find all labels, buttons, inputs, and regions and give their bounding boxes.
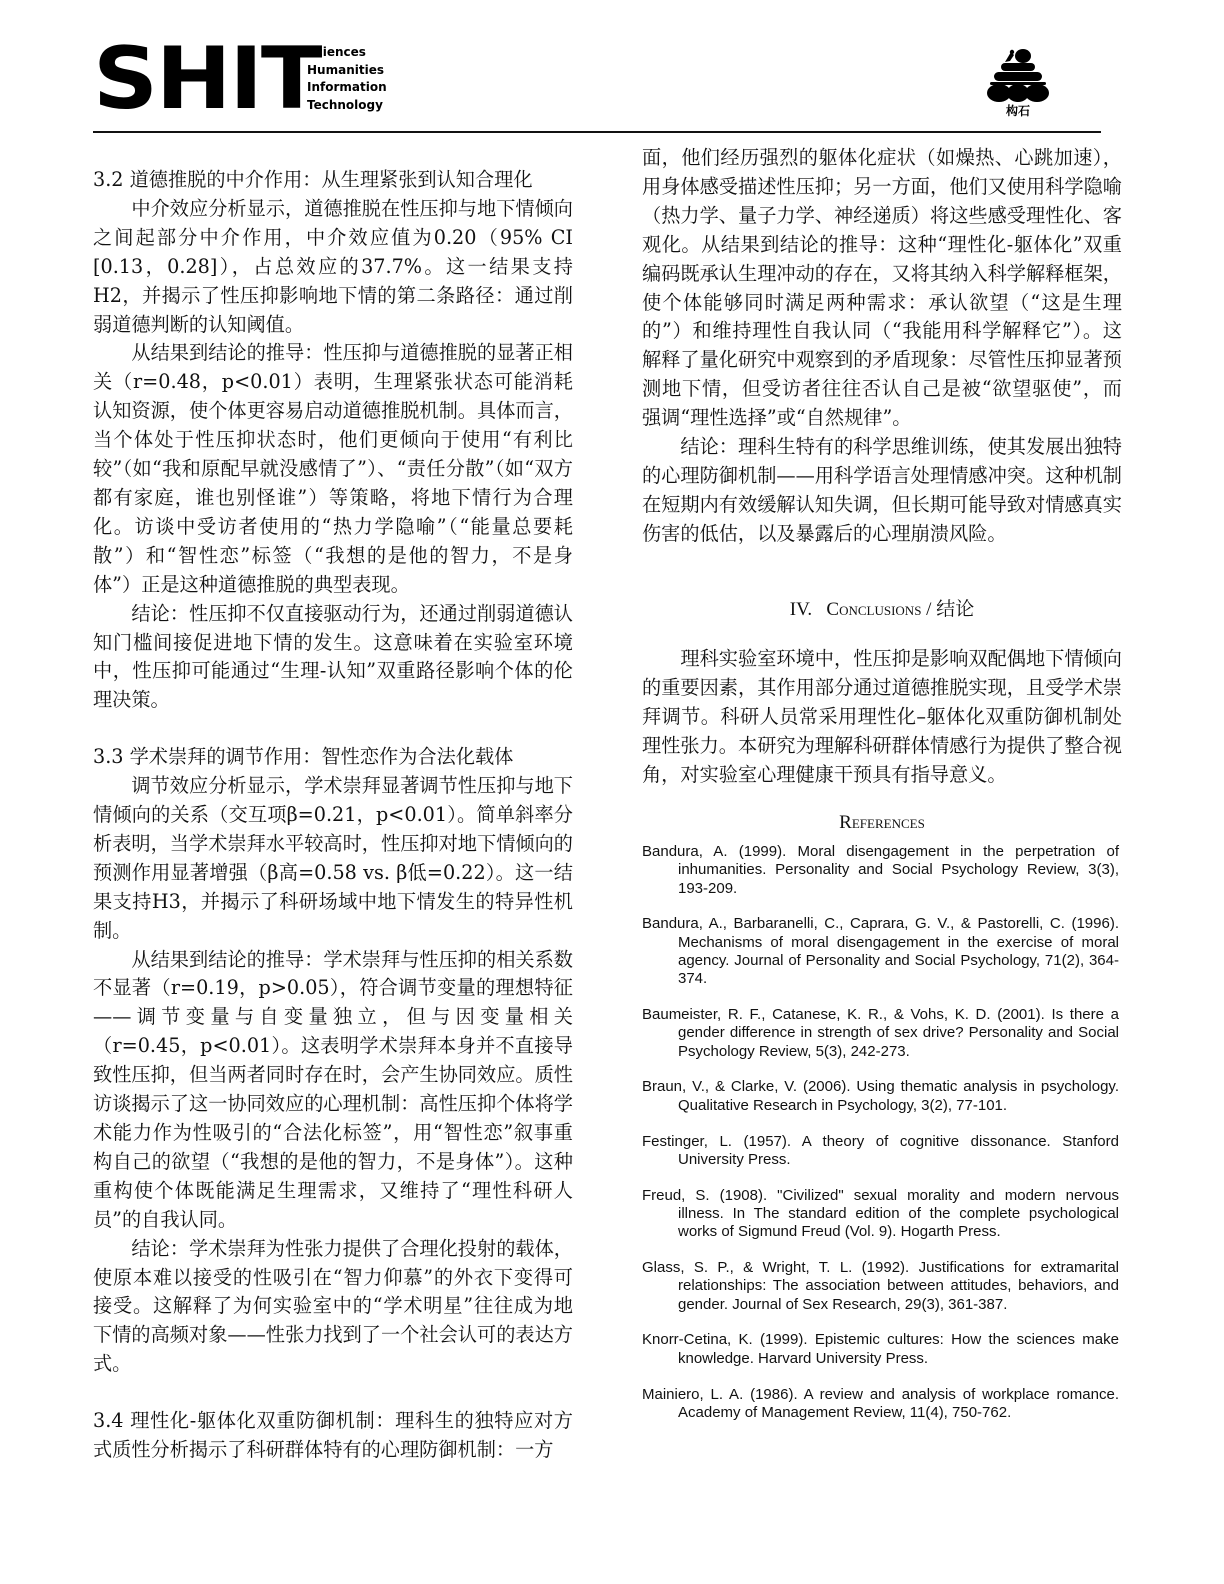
- reference-item: Bandura, A. (1999). Moral disengagement …: [642, 843, 1119, 898]
- body-paragraph: 结论：性压抑不仅直接驱动行为，还通过削弱道德认知门槛间接促进地下情的发生。这意味…: [93, 600, 573, 716]
- references-list: Bandura, A. (1999). Moral disengagement …: [642, 843, 1119, 1440]
- conclusions-body: 理科实验室环境中，性压抑是影响双配偶地下情倾向的重要因素，其作用部分通过道德推脱…: [642, 645, 1122, 790]
- section-3-2-heading: 3.2 道德推脱的中介作用：从生理紧张到认知合理化: [93, 166, 573, 195]
- reference-item: Braun, V., & Clarke, V. (2006). Using th…: [642, 1078, 1119, 1115]
- references-heading: References: [642, 812, 1122, 834]
- journal-logo-subtitle: Sciences Humanities Information Technolo…: [307, 44, 387, 114]
- body-paragraph: 从结果到结论的推导：学术崇拜与性压抑的相关系数不显著（r=0.19，p>0.05…: [93, 946, 573, 1235]
- journal-header: SHIT Sciences Humanities Information Tec…: [93, 36, 1101, 132]
- body-paragraph: 中介效应分析显示，道德推脱在性压抑与地下情倾向之间起部分中介作用，中介效应值为0…: [93, 195, 573, 340]
- header-divider: [93, 131, 1101, 133]
- body-paragraph: 结论：学术崇拜为性张力提供了合理化投射的载体，使原本难以接受的性吸引在“智力仰慕…: [93, 1235, 573, 1380]
- body-paragraph: 理科实验室环境中，性压抑是影响双配偶地下情倾向的重要因素，其作用部分通过道德推脱…: [642, 645, 1122, 790]
- body-paragraph: 从结果到结论的推导：性压抑与道德推脱的显著正相关（r=0.48，p<0.01）表…: [93, 339, 573, 599]
- conclusions-heading: IV. Conclusions / 结论: [642, 594, 1122, 621]
- spacer: [93, 715, 573, 743]
- reference-item: Glass, S. P., & Wright, T. L. (1992). Ju…: [642, 1259, 1119, 1314]
- reference-item: Knorr-Cetina, K. (1999). Epistemic cultu…: [642, 1331, 1119, 1368]
- reference-item: Freud, S. (1908). "Civilized" sexual mor…: [642, 1187, 1119, 1242]
- logo-line: Humanities: [307, 62, 387, 80]
- reference-item: Baumeister, R. F., Catanese, K. R., & Vo…: [642, 1006, 1119, 1061]
- body-paragraph: 结论：理科生特有的科学思维训练，使其发展出独特的心理防御机制——用科学语言处理情…: [642, 433, 1122, 549]
- publisher-badge-label: 构石: [983, 104, 1053, 118]
- section-3-4-lead: 质性分析揭示了科研群体特有的心理防御机制：一方: [112, 1438, 553, 1461]
- reference-item: Mainiero, L. A. (1986). A review and ana…: [642, 1386, 1119, 1423]
- publisher-badge: 构石: [983, 46, 1053, 118]
- right-column: 面，他们经历强烈的躯体化症状（如燥热、心跳加速），用身体感受描述性压抑；另一方面…: [642, 144, 1122, 549]
- section-numeral: IV.: [790, 599, 812, 620]
- left-column: 3.2 道德推脱的中介作用：从生理紧张到认知合理化 中介效应分析显示，道德推脱在…: [93, 166, 573, 1465]
- logo-line: Information: [307, 79, 387, 97]
- stone-pile-icon: [985, 46, 1051, 104]
- section-title: Conclusions: [826, 599, 921, 620]
- section-3-3-heading: 3.3 学术崇拜的调节作用：智性恋作为合法化载体: [93, 743, 573, 772]
- body-paragraph: 调节效应分析显示，学术崇拜显著调节性压抑与地下情倾向的关系（交互项β=0.21，…: [93, 772, 573, 945]
- reference-item: Bandura, A., Barbaranelli, C., Caprara, …: [642, 915, 1119, 988]
- logo-line: Technology: [307, 97, 387, 115]
- journal-logo-wordmark: SHIT: [93, 40, 320, 118]
- reference-item: Festinger, L. (1957). A theory of cognit…: [642, 1133, 1119, 1170]
- section-3-4-heading-and-lead: 3.4 理性化-躯体化双重防御机制：理科生的独特应对方式质性分析揭示了科研群体特…: [93, 1407, 573, 1465]
- body-paragraph: 面，他们经历强烈的躯体化症状（如燥热、心跳加速），用身体感受描述性压抑；另一方面…: [642, 144, 1122, 433]
- logo-line: Sciences: [307, 44, 387, 62]
- spacer: [93, 1379, 573, 1407]
- section-title-cn: / 结论: [921, 599, 974, 620]
